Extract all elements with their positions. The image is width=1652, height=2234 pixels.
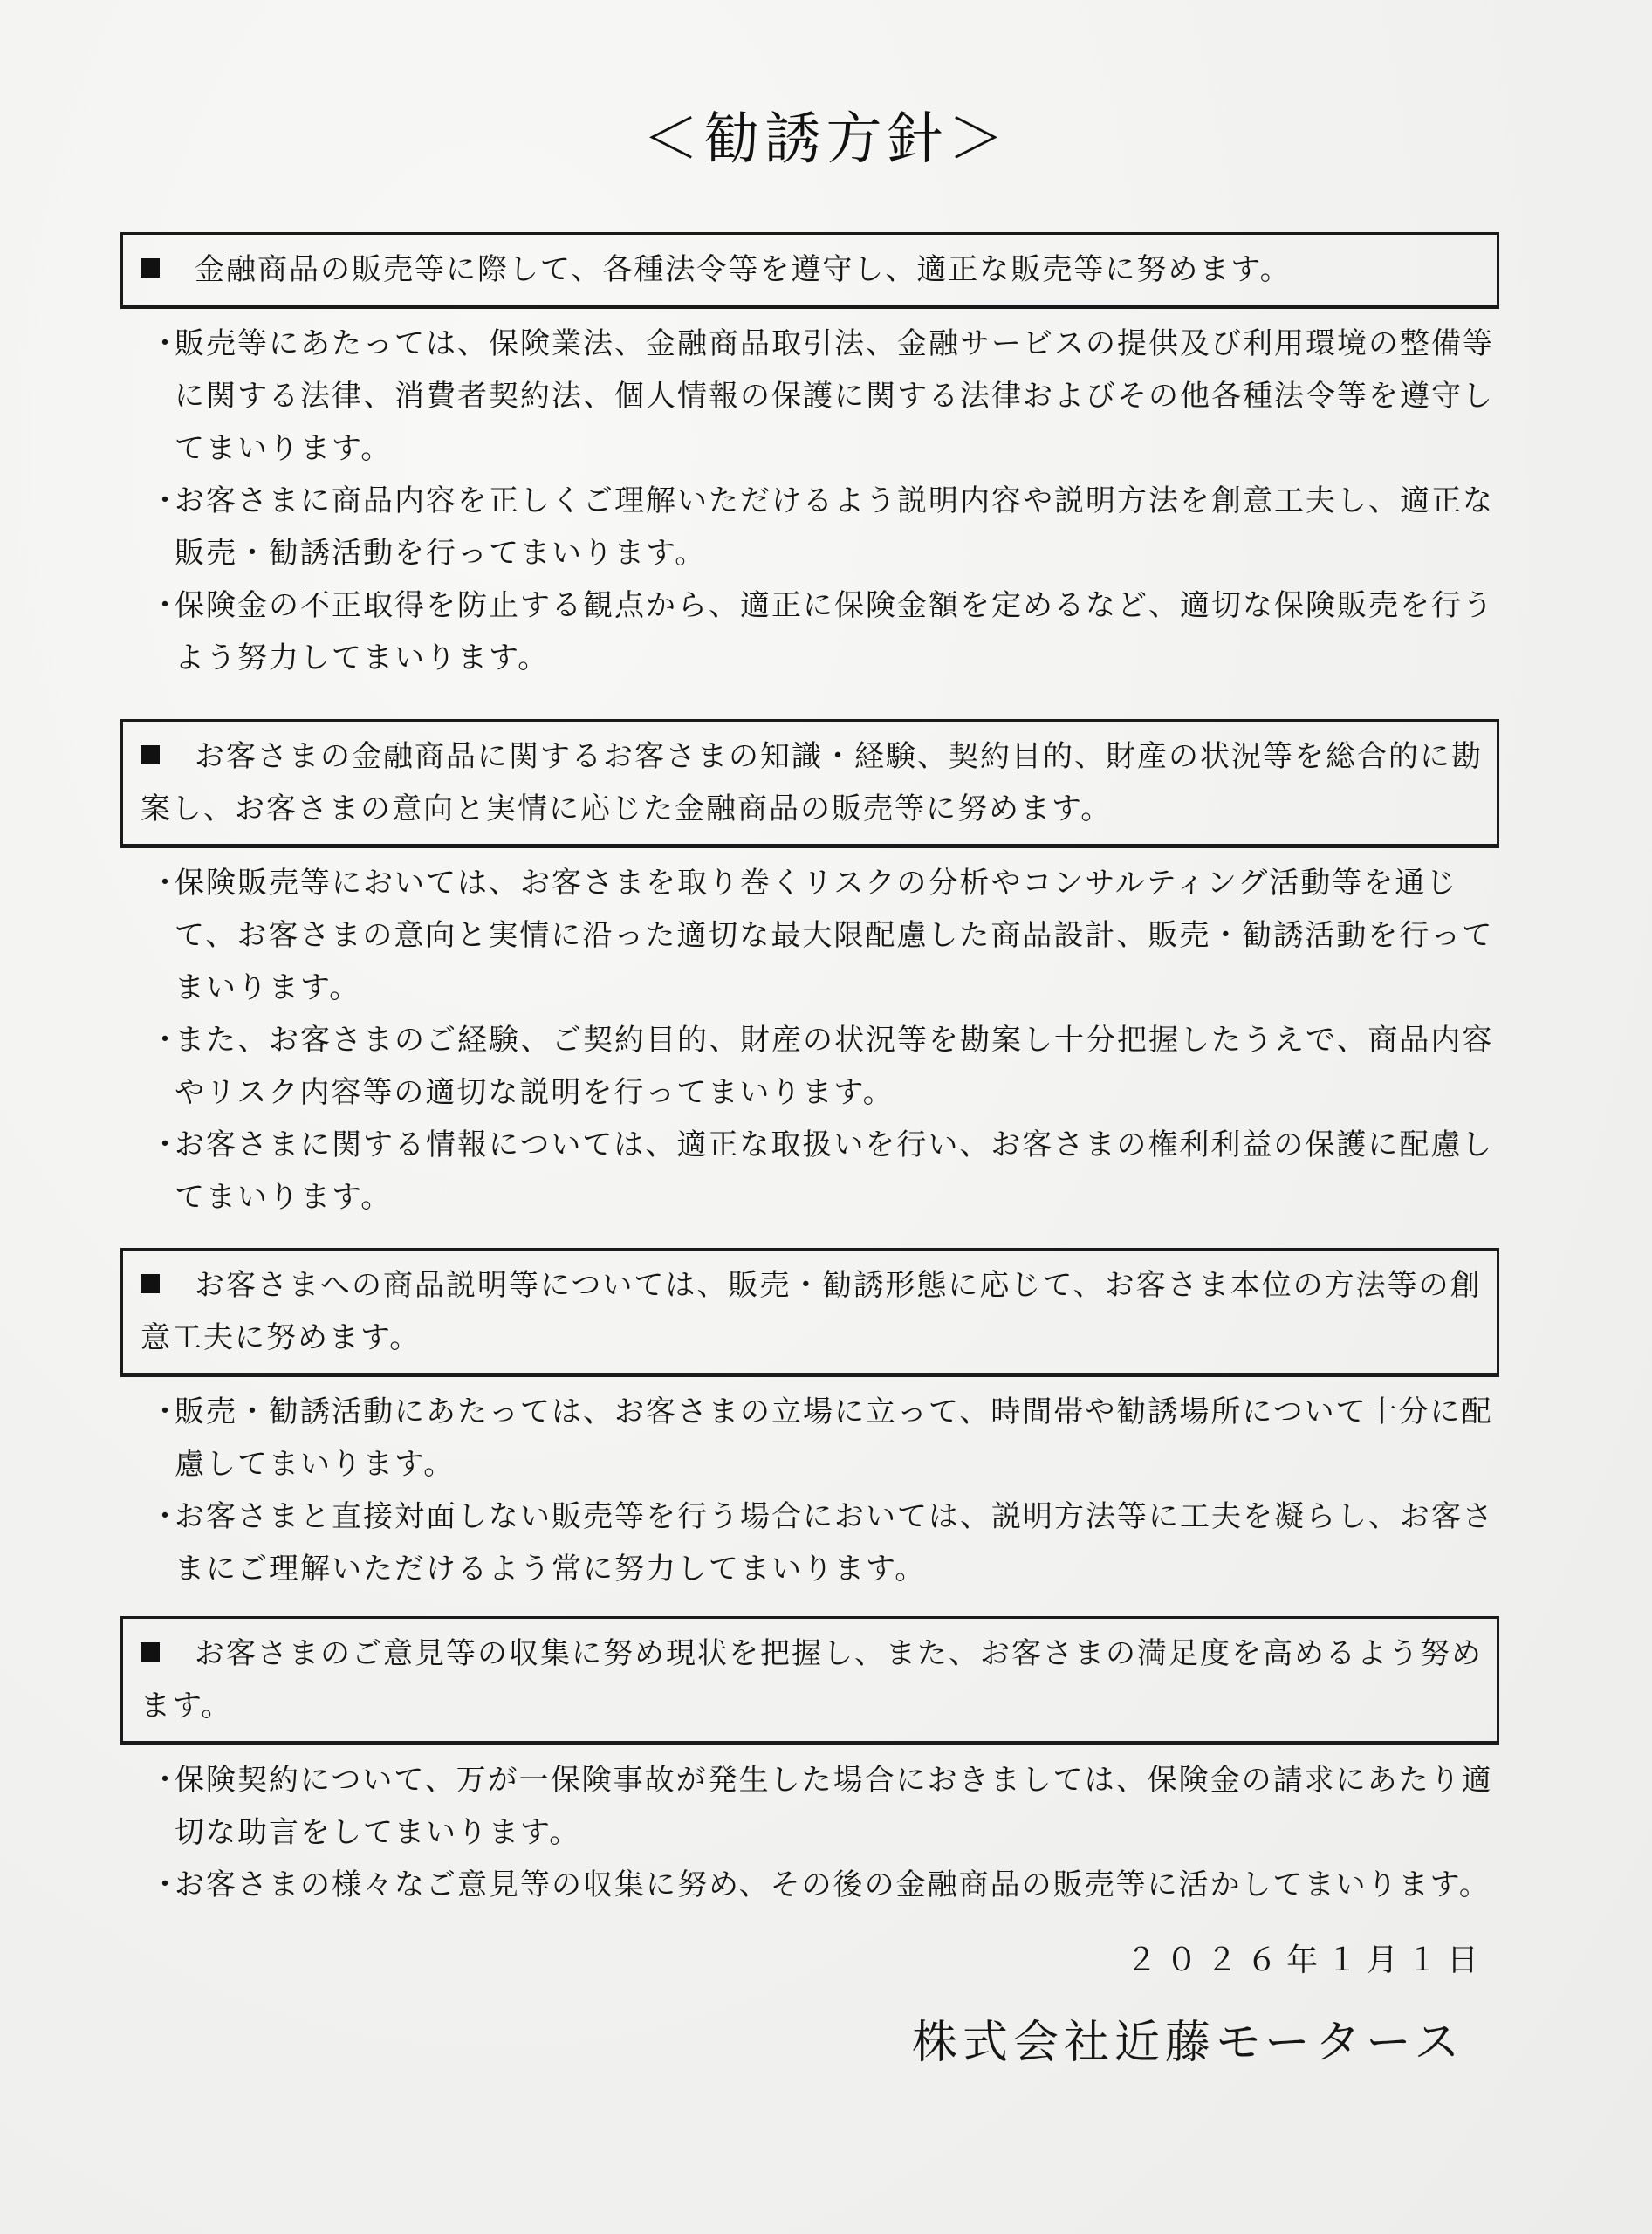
bullet-dot-icon: ・	[150, 857, 182, 909]
bullet-text: 販売等にあたっては、保険業法、金融商品取引法、金融サービスの提供及び利用環境の整…	[175, 326, 1494, 466]
section-headline: 金融商品の販売等に際して、各種法令等を遵守し、適正な販売等に努めます。	[195, 252, 1292, 287]
bullet-text: お客さまと直接対面しない販売等を行う場合においては、説明方法等に工夫を凝らし、お…	[175, 1499, 1494, 1586]
list-item: ・販売・勧誘活動にあたっては、お客さまの立場に立って、時間帯や勧誘場所について十…	[120, 1386, 1499, 1490]
black-square-icon	[141, 745, 160, 764]
bullet-dot-icon: ・	[150, 1119, 182, 1171]
bullet-text: 保険契約について、万が一保険事故が発生した場合におきましては、保険金の請求にあた…	[175, 1763, 1493, 1850]
black-square-icon	[141, 1642, 160, 1662]
policy-section-1: 金融商品の販売等に際して、各種法令等を遵守し、適正な販売等に努めます。 ・販売等…	[120, 232, 1499, 684]
section-headline-box: お客さまへの商品説明等については、販売・勧誘形態に応じて、お客さま本位の方法等の…	[120, 1248, 1499, 1377]
bullet-dot-icon: ・	[150, 1014, 182, 1066]
document-page: ＜勧誘方針＞ 金融商品の販売等に際して、各種法令等を遵守し、適正な販売等に努めま…	[0, 0, 1652, 2234]
bullet-text: お客さまの様々なご意見等の収集に努め、その後の金融商品の販売等に活かしてまいりま…	[175, 1867, 1491, 1902]
bullet-dot-icon: ・	[150, 1859, 182, 1911]
policy-section-3: お客さまへの商品説明等については、販売・勧誘形態に応じて、お客さま本位の方法等の…	[120, 1248, 1499, 1595]
section-headline: お客さまの金融商品に関するお客さまの知識・経験、契約目的、財産の状況等を総合的に…	[141, 739, 1483, 826]
list-item: ・販売等にあたっては、保険業法、金融商品取引法、金融サービスの提供及び利用環境の…	[120, 318, 1499, 475]
list-item: ・お客さまに商品内容を正しくご理解いただけるよう説明内容や説明方法を創意工夫し、…	[120, 475, 1499, 579]
section-headline-box: お客さまの金融商品に関するお客さまの知識・経験、契約目的、財産の状況等を総合的に…	[120, 719, 1499, 848]
list-item: ・保険販売等においては、お客さまを取り巻くリスクの分析やコンサルティング活動等を…	[120, 857, 1499, 1014]
bullet-dot-icon: ・	[150, 1754, 182, 1806]
bullet-text: 保険金の不正取得を防止する観点から、適正に保険金額を定めるなど、適切な保険販売を…	[175, 588, 1494, 675]
bullet-dot-icon: ・	[150, 1386, 182, 1438]
bullet-text: 保険販売等においては、お客さまを取り巻くリスクの分析やコンサルティング活動等を通…	[175, 866, 1493, 1005]
section-headline: お客さまのご意見等の収集に努め現状を把握し、また、お客さまの満足度を高めるよう努…	[141, 1636, 1483, 1723]
page-title: ＜勧誘方針＞	[0, 94, 1652, 175]
bullet-list: ・保険契約について、万が一保険事故が発生した場合におきましては、保険金の請求にあ…	[120, 1754, 1499, 1911]
bullet-text: また、お客さまのご経験、ご契約目的、財産の状況等を勘案し十分把握したうえで、商品…	[175, 1023, 1493, 1110]
section-headline-box: お客さまのご意見等の収集に努め現状を把握し、また、お客さまの満足度を高めるよう努…	[120, 1616, 1499, 1745]
bullet-list: ・販売等にあたっては、保険業法、金融商品取引法、金融サービスの提供及び利用環境の…	[120, 318, 1499, 684]
bullet-list: ・保険販売等においては、お客さまを取り巻くリスクの分析やコンサルティング活動等を…	[120, 857, 1499, 1223]
black-square-icon	[141, 258, 160, 278]
list-item: ・お客さまと直接対面しない販売等を行う場合においては、説明方法等に工夫を凝らし、…	[120, 1490, 1499, 1595]
list-item: ・保険金の不正取得を防止する観点から、適正に保険金額を定めるなど、適切な保険販売…	[120, 579, 1499, 684]
policy-section-2: お客さまの金融商品に関するお客さまの知識・経験、契約目的、財産の状況等を総合的に…	[120, 719, 1499, 1223]
bullet-dot-icon: ・	[150, 1490, 182, 1543]
bullet-dot-icon: ・	[150, 475, 182, 527]
company-name: 株式会社近藤モータース	[912, 2005, 1464, 2071]
bullet-list: ・販売・勧誘活動にあたっては、お客さまの立場に立って、時間帯や勧誘場所について十…	[120, 1386, 1499, 1595]
list-item: ・お客さまの様々なご意見等の収集に努め、その後の金融商品の販売等に活かしてまいり…	[120, 1859, 1499, 1911]
list-item: ・お客さまに関する情報については、適正な取扱いを行い、お客さまの権利利益の保護に…	[120, 1119, 1499, 1223]
black-square-icon	[141, 1274, 160, 1293]
bullet-dot-icon: ・	[150, 318, 182, 370]
bullet-text: お客さまに商品内容を正しくご理解いただけるよう説明内容や説明方法を創意工夫し、適…	[175, 483, 1494, 571]
list-item: ・保険契約について、万が一保険事故が発生した場合におきましては、保険金の請求にあ…	[120, 1754, 1499, 1859]
policy-section-4: お客さまのご意見等の収集に努め現状を把握し、また、お客さまの満足度を高めるよう努…	[120, 1616, 1499, 1911]
list-item: ・また、お客さまのご経験、ご契約目的、財産の状況等を勘案し十分把握したうえで、商…	[120, 1014, 1499, 1119]
bullet-text: 販売・勧誘活動にあたっては、お客さまの立場に立って、時間帯や勧誘場所について十分…	[175, 1395, 1493, 1482]
bullet-dot-icon: ・	[150, 579, 182, 632]
section-headline-box: 金融商品の販売等に際して、各種法令等を遵守し、適正な販売等に努めます。	[120, 232, 1499, 309]
document-date: ２０２６年１月１日	[1126, 1936, 1487, 1980]
bullet-text: お客さまに関する情報については、適正な取扱いを行い、お客さまの権利利益の保護に配…	[175, 1127, 1493, 1215]
section-headline: お客さまへの商品説明等については、販売・勧誘形態に応じて、お客さま本位の方法等の…	[141, 1268, 1482, 1355]
